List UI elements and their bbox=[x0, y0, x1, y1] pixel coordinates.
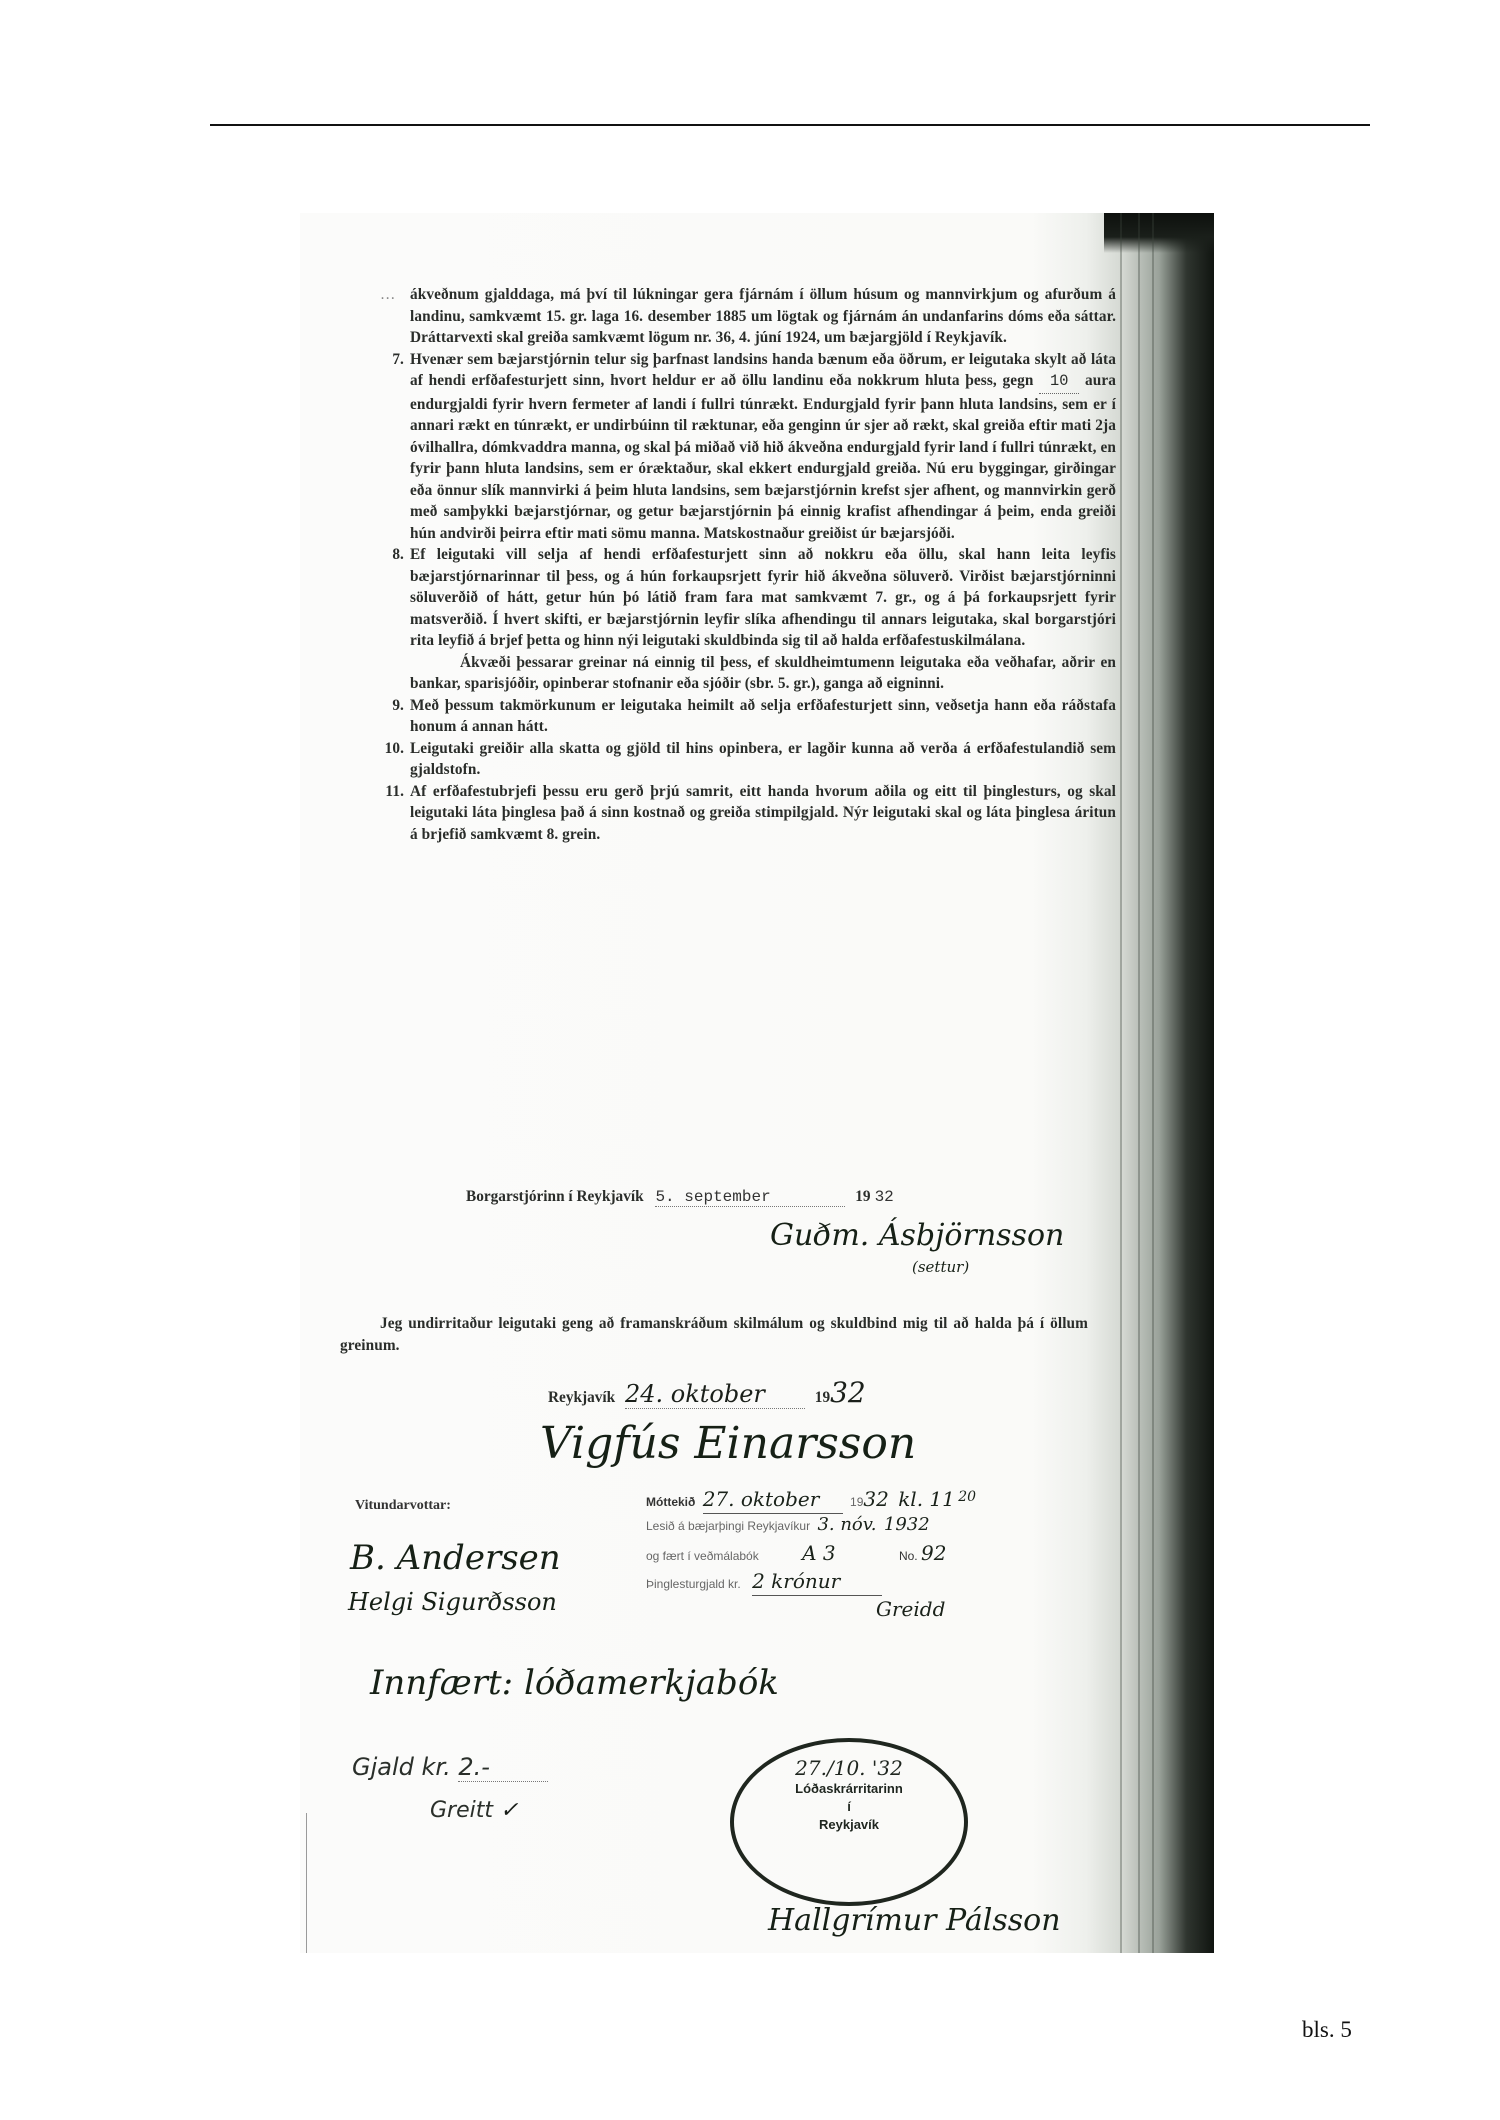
year-suffix: 32 bbox=[830, 1376, 866, 1409]
contract-body: … ákveðnum gjalddaga, má því til lúkning… bbox=[376, 284, 1116, 845]
paragraph-text: Ef leigutaki vill selja af hendi erfðafe… bbox=[410, 546, 1116, 649]
scan-streak bbox=[1120, 213, 1122, 1953]
paragraph-10: 10. Leigutaki greiðir alla skatta og gjö… bbox=[376, 738, 1116, 781]
paragraph-text: Ákvæði þessarar greinar ná einnig til þe… bbox=[410, 654, 1116, 693]
header-rule bbox=[210, 124, 1370, 126]
registry-block: Móttekið 27. oktober 1932 kl. 11 20 Lesi… bbox=[646, 1483, 976, 1623]
paragraph-number: 10. bbox=[376, 738, 404, 760]
witness-label: Vitundarvottar: bbox=[355, 1498, 451, 1514]
clerk-signature: Hallgrímur Pálsson bbox=[768, 1903, 1061, 1938]
paragraph-number: 9. bbox=[376, 695, 404, 717]
witness-signature-2: Helgi Sigurðsson bbox=[348, 1588, 557, 1616]
paragraph-continued: … ákveðnum gjalddaga, má því til lúkning… bbox=[376, 284, 1116, 349]
scan-streak bbox=[1138, 213, 1140, 1953]
page-number: bls. 5 bbox=[1302, 2017, 1352, 2043]
fee-line: Gjald kr. 2.- bbox=[352, 1753, 548, 1782]
scanned-document: … ákveðnum gjalddaga, má því til lúkning… bbox=[300, 213, 1214, 1953]
registry-received: Móttekið 27. oktober 1932 kl. 11 20 bbox=[646, 1483, 976, 1511]
registry-annotation: Innfært: lóðamerkjabók bbox=[370, 1663, 779, 1703]
tenant-place: Reykjavík bbox=[548, 1389, 615, 1406]
scan-edge bbox=[306, 1813, 307, 1953]
scan-streak bbox=[1152, 213, 1154, 1953]
paragraph-text: aura endurgjaldi fyrir hvern fermeter af… bbox=[410, 372, 1116, 542]
year-prefix: 19 bbox=[815, 1389, 830, 1406]
official-stamp: 27./10. '32 Lóðaskrárritarinn í Reykjaví… bbox=[730, 1738, 968, 1906]
tenant-signoff: Reykjavík 24. oktober 1932 bbox=[548, 1376, 866, 1409]
paragraph-text: Hvenær sem bæjarstjórnin telur sig þarfn… bbox=[410, 351, 1116, 390]
paragraph-text: Leigutaki greiðir alla skatta og gjöld t… bbox=[410, 740, 1116, 779]
paragraph-number: 11. bbox=[376, 781, 404, 803]
paragraph-11: 11. Af erfðafestubrjefi þessu eru gerð þ… bbox=[376, 781, 1116, 846]
tenant-signature: Vigfús Einarsson bbox=[540, 1418, 916, 1469]
registry-fee: Þinglesturgjald kr. 2 krónur bbox=[646, 1567, 976, 1595]
year-prefix: 19 bbox=[855, 1188, 870, 1205]
paragraph-number: 7. bbox=[376, 349, 404, 371]
mayor-label: Borgarstjórinn í Reykjavík bbox=[466, 1188, 644, 1205]
paragraph-8-continued: Ákvæði þessarar greinar ná einnig til þe… bbox=[376, 652, 1116, 695]
registry-entered: og fært í veðmálabók A 3 No. 92 bbox=[646, 1539, 976, 1567]
paragraph-text: Af erfðafestubrjefi þessu eru gerð þrjú … bbox=[410, 783, 1116, 843]
registry-paid: Greidd bbox=[646, 1595, 976, 1623]
mayor-signature-sub: (settur) bbox=[912, 1258, 969, 1276]
paragraph-number: 8. bbox=[376, 544, 404, 566]
paragraph-8: 8. Ef leigutaki vill selja af hendi erfð… bbox=[376, 544, 1116, 652]
mayor-signature: Guðm. Ásbjörnsson bbox=[770, 1218, 1064, 1253]
year-suffix: 32 bbox=[875, 1188, 894, 1206]
paragraph-text: ákveðnum gjalddaga, má því til lúkningar… bbox=[410, 286, 1116, 346]
witness-signature-1: B. Andersen bbox=[350, 1538, 561, 1578]
paragraph-9: 9. Með þessum takmörkunum er leigutaka h… bbox=[376, 695, 1116, 738]
paragraph-text: Með þessum takmörkunum er leigutaka heim… bbox=[410, 697, 1116, 736]
paragraph-7: 7. Hvenær sem bæjarstjórnin telur sig þa… bbox=[376, 349, 1116, 545]
mayor-date: 5. september bbox=[655, 1188, 845, 1207]
tenant-statement: Jeg undirritaður leigutaki geng að frama… bbox=[340, 1313, 1088, 1356]
registry-read: Lesið á bæjarþingi Reykjavíkur 3. nóv. 1… bbox=[646, 1511, 976, 1539]
tenant-date: 24. oktober bbox=[625, 1380, 805, 1409]
mayor-signoff: Borgarstjórinn í Reykjavík 5. september … bbox=[466, 1188, 894, 1207]
compensation-blank: 10 bbox=[1039, 371, 1079, 394]
fee-paid: Greitt ✓ bbox=[430, 1798, 518, 1823]
